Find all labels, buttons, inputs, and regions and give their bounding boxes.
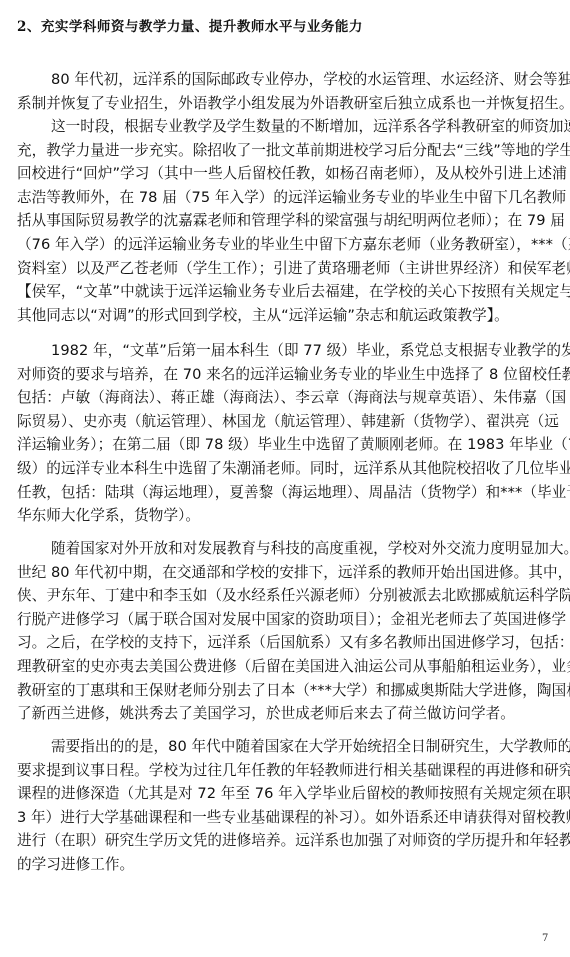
text-line: 教研室的丁惠琪和王保财老师分别去了日本（***大学）和挪威奥斯陆大学进修，陶国林… (17, 679, 543, 703)
text-line: 习。之后，在学校的支持下，远洋系（后国航系）又有多名教师出国进修学习，包括：管 (17, 631, 543, 655)
text-line: 际贸易）、史亦夷（航运管理）、林国龙（航运管理）、韩建新（货物学）、翟洪亮（远 (17, 410, 543, 434)
text-line: 资料室）以及严乙苍老师（学生工作）；引进了黄珞珊老师（主讲世界经济）和侯军老师 (17, 257, 543, 281)
paragraph-4: 随着国家对外开放和对发展教育与科技的高度重视，学校对外交流力度明显加大。上 世纪… (17, 537, 543, 726)
text-line: 3 年）进行大学基础课程和一些专业基础课程的补习）。如外语系还申请获得对留校教师 (17, 806, 543, 830)
text-line: 对师资的要求与培养，在 70 来名的远洋运输业务专业的毕业生中选择了 8 位留校… (17, 363, 543, 387)
text-line: 充，教学力量进一步充实。除招收了一批文革前期进校学习后分配去“三线”等地的学生 (17, 139, 543, 163)
page-number: 7 (542, 933, 548, 944)
text-line: 华东师大化学系，货物学）。 (17, 504, 543, 528)
text-line: 括从事国际贸易教学的沈嘉霖老师和管理学科的梁富强与胡纪明两位老师）；在 79 届 (17, 209, 543, 233)
text-line: 随着国家对外开放和对发展教育与科技的高度重视，学校对外交流力度明显加大。上 (17, 537, 543, 561)
text-line: 理教研室的史亦夷去美国公费进修（后留在美国进入油运公司从事船舶租运业务），业务 (17, 655, 543, 679)
text-line: 1982 年，“文革”后第一届本科生（即 77 级）毕业，系党总支根据专业教学的… (17, 339, 543, 363)
paragraph-5: 需要指出的的是，80 年代中随着国家在大学开始统招全日制研究生，大学教师的学历 … (17, 735, 543, 877)
paragraph-2: 这一时段，根据专业教学及学生数量的不断增加，远洋系各学科教研室的师资加速扩 充，… (17, 115, 543, 327)
text-line: 洋运输业务）；在第二届（即 78 级）毕业生中选留了黄顺刚老师。在 1983 年… (17, 433, 543, 457)
text-line: 侠、尹东年、丁建中和李玉如（及水经系任兴源老师）分别被派去北欧挪威航运科学院进 (17, 584, 543, 608)
text-line: 的学习进修工作。 (17, 853, 543, 877)
text-line: 需要指出的的是，80 年代中随着国家在大学开始统招全日制研究生，大学教师的学历 (17, 735, 543, 759)
text-line: 要求提到议事日程。学校为过往几年任教的年轻教师进行相关基础课程的再进修和研究生 (17, 759, 543, 783)
paragraph-3: 1982 年，“文革”后第一届本科生（即 77 级）毕业，系党总支根据专业教学的… (17, 339, 543, 528)
text-line: （76 年入学）的远洋运输业务专业的毕业生中留下方嘉东老师（业务教研室），***… (17, 233, 543, 257)
text-line: 志浩等教师外，在 78 届（75 年入学）的远洋运输业务专业的毕业生中留下几名教… (17, 186, 543, 210)
text-line: 任教，包括：陆琪（海运地理），夏善黎（海运地理）、周晶洁（货物学）和***（毕业… (17, 481, 543, 505)
text-line: 课程的进修深造（尤其是对 72 年至 76 年入学毕业后留校的教师按照有关规定须… (17, 782, 543, 806)
section-heading: 2、充实学科师资与教学力量、提升教师水平与业务能力 (17, 18, 547, 36)
text-line: 进行（在职）研究生学历文凭的进修培养。远洋系也加强了对师资的学历提升和年轻教师 (17, 829, 543, 853)
text-line: 回校进行“回炉”学习（其中一些人后留校任教，如杨召南老师），及从校外引进上述浦 (17, 162, 543, 186)
text-line: 世纪 80 年代初中期，在交通部和学校的安排下，远洋系的教师开始出国进修。其中，… (17, 561, 543, 585)
text-line: 包括：卢敏（海商法）、蒋正雄（海商法）、李云章（海商法与规章英语）、朱伟嘉（国 (17, 386, 543, 410)
paragraph-1: 80 年代初，远洋系的国际邮政专业停办，学校的水运管理、水运经济、财会等独立成 … (17, 68, 543, 115)
text-line: 其他同志以“对调”的形式回到学校，主从“远洋运输”杂志和航运政策教学】。 (17, 304, 543, 328)
text-line: 这一时段，根据专业教学及学生数量的不断增加，远洋系各学科教研室的师资加速扩 (17, 115, 543, 139)
text-line: 80 年代初，远洋系的国际邮政专业停办，学校的水运管理、水运经济、财会等独立成 (17, 68, 543, 92)
text-line: 【侯军，“文革”中就读于远洋运输业务专业后去福建，在学校的关心下按照有关规定与 (17, 280, 543, 304)
text-line: 级）的远洋专业本科生中选留了朱潮涌老师。同时，远洋系从其他院校招收了几位毕业生 (17, 457, 543, 481)
text-line: 了新西兰进修，姚洪秀去了美国学习，於世成老师后来去了荷兰做访问学者。 (17, 702, 543, 726)
text-line: 系制并恢复了专业招生，外语教学小组发展为外语教研室后独立成系也一并恢复招生。 (17, 92, 543, 116)
text-line: 行脱产进修学习（属于联合国对发展中国家的资助项目）；金祖光老师去了英国进修学 (17, 608, 543, 632)
